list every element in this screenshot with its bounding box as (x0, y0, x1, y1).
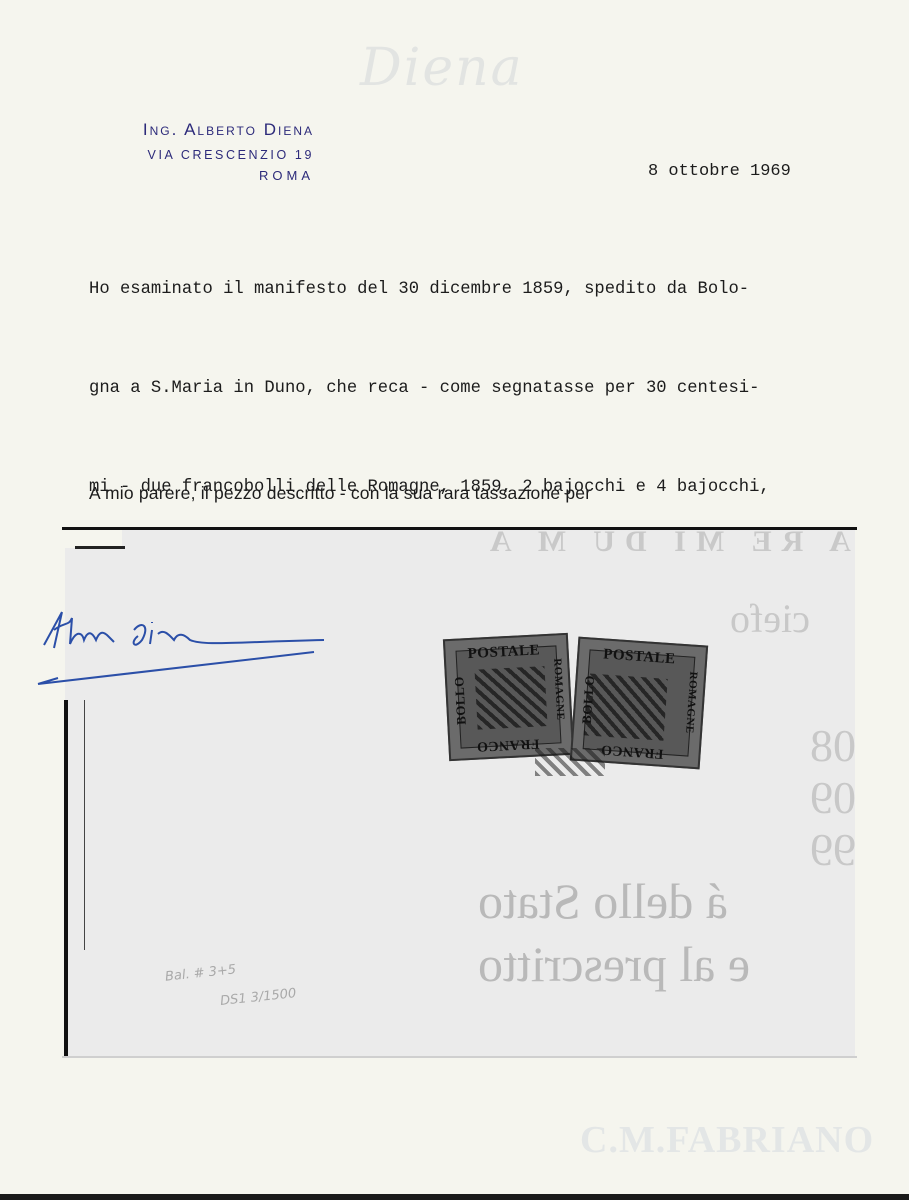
grid-cancellation (584, 673, 668, 740)
photo-edge (64, 700, 68, 1058)
stamp-bottom-label: FRANCO (476, 734, 540, 753)
ghost-printed-text: ciefo (730, 595, 810, 642)
scan-edge (0, 1194, 909, 1200)
ghost-digits: 08 09 99 (810, 720, 856, 876)
grid-cancellation (475, 666, 548, 730)
photo-edge (62, 1056, 857, 1058)
certificate-page: Diena Ing. Alberto Diena VIA CRESCENZIO … (0, 0, 909, 1200)
handwritten-signature (34, 600, 334, 700)
paper-watermark-diena: Diena (360, 38, 524, 98)
stamp-bottom-label: FRANCO (600, 740, 664, 760)
ghost-digit: 08 (810, 720, 856, 772)
ghost-printed-text: A RE MI DU M A (480, 525, 851, 559)
ghost-digit: 09 (810, 772, 856, 824)
stamp-left-label: BOLLO (451, 676, 470, 726)
stamp-romagne-2-baj: POSTALE BOLLO ROMAGNE FRANCO (443, 633, 574, 761)
ghost-digit: 99 (810, 824, 856, 876)
letterhead-city: ROMA (96, 168, 314, 183)
text-line: gna a S.Maria in Duno, che reca - come s… (89, 372, 879, 405)
paper-watermark-fabriano: C.M.FABRIANO (580, 1118, 874, 1162)
letterhead-address: VIA CRESCENZIO 19 (96, 148, 314, 162)
ghost-printed-text: e al prescritto (478, 935, 750, 993)
letterhead-name: Ing. Alberto Diena (96, 120, 314, 140)
ghost-printed-text: á dello Stato (478, 872, 728, 930)
cover-fold-tear (70, 700, 85, 950)
grid-cancellation-overflow (535, 748, 605, 776)
stamp-right-label: ROMAGNE (551, 658, 566, 721)
photo-edge (75, 546, 125, 549)
text-line: A mio parere, il pezzo descritto - con l… (89, 477, 879, 511)
text-line: Ho esaminato il manifesto del 30 dicembr… (89, 273, 879, 306)
letter-date: 8 ottobre 1969 (648, 162, 791, 181)
letterhead: Ing. Alberto Diena VIA CRESCENZIO 19 ROM… (96, 120, 314, 183)
